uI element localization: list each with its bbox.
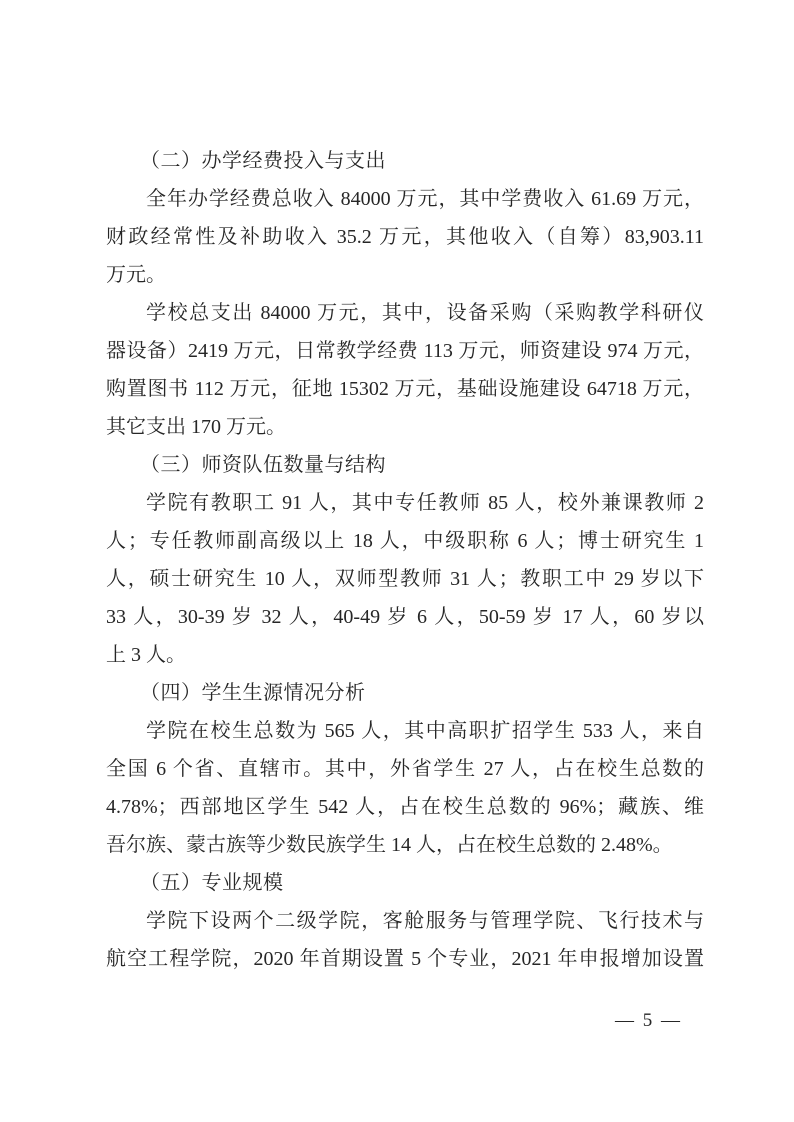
section-heading: （五）专业规模 [106,864,704,902]
text-line: 33 人，30-39 岁 32 人，40-49 岁 6 人，50-59 岁 17… [106,598,704,636]
section-heading: （二）办学经费投入与支出 [106,142,704,180]
text-line: 学院有教职工 91 人，其中专任教师 85 人，校外兼课教师 2 [106,484,704,522]
text-line: 购置图书 112 万元，征地 15302 万元，基础设施建设 64718 万元， [106,370,704,408]
text-line: 上 3 人。 [106,636,704,674]
document-page: （二）办学经费投入与支出全年办学经费总收入 84000 万元，其中学费收入 61… [0,0,794,1122]
section-heading: （四）学生生源情况分析 [106,674,704,712]
text-line: 全年办学经费总收入 84000 万元，其中学费收入 61.69 万元， [106,180,704,218]
text-line: 吾尔族、蒙古族等少数民族学生 14 人，占在校生总数的 2.48%。 [106,826,704,864]
text-line: 人，硕士研究生 10 人，双师型教师 31 人；教职工中 29 岁以下 [106,560,704,598]
text-line: 4.78%；西部地区学生 542 人，占在校生总数的 96%；藏族、维 [106,788,704,826]
page-number: — 5 — [615,1008,682,1034]
text-line: 学院下设两个二级学院，客舱服务与管理学院、飞行技术与 [106,902,704,940]
document-content: （二）办学经费投入与支出全年办学经费总收入 84000 万元，其中学费收入 61… [106,142,704,978]
text-line: 全国 6 个省、直辖市。其中，外省学生 27 人，占在校生总数的 [106,750,704,788]
section-heading: （三）师资队伍数量与结构 [106,446,704,484]
text-line: 器设备）2419 万元，日常教学经费 113 万元，师资建设 974 万元， [106,332,704,370]
text-line: 财政经常性及补助收入 35.2 万元，其他收入（自筹）83,903.11 [106,218,704,256]
text-line: 学院在校生总数为 565 人，其中高职扩招学生 533 人，来自 [106,712,704,750]
text-line: 其它支出 170 万元。 [106,408,704,446]
text-line: 人；专任教师副高级以上 18 人，中级职称 6 人；博士研究生 1 [106,522,704,560]
text-line: 学校总支出 84000 万元，其中，设备采购（采购教学科研仪 [106,294,704,332]
text-line: 万元。 [106,256,704,294]
text-line: 航空工程学院，2020 年首期设置 5 个专业，2021 年申报增加设置 [106,940,704,978]
